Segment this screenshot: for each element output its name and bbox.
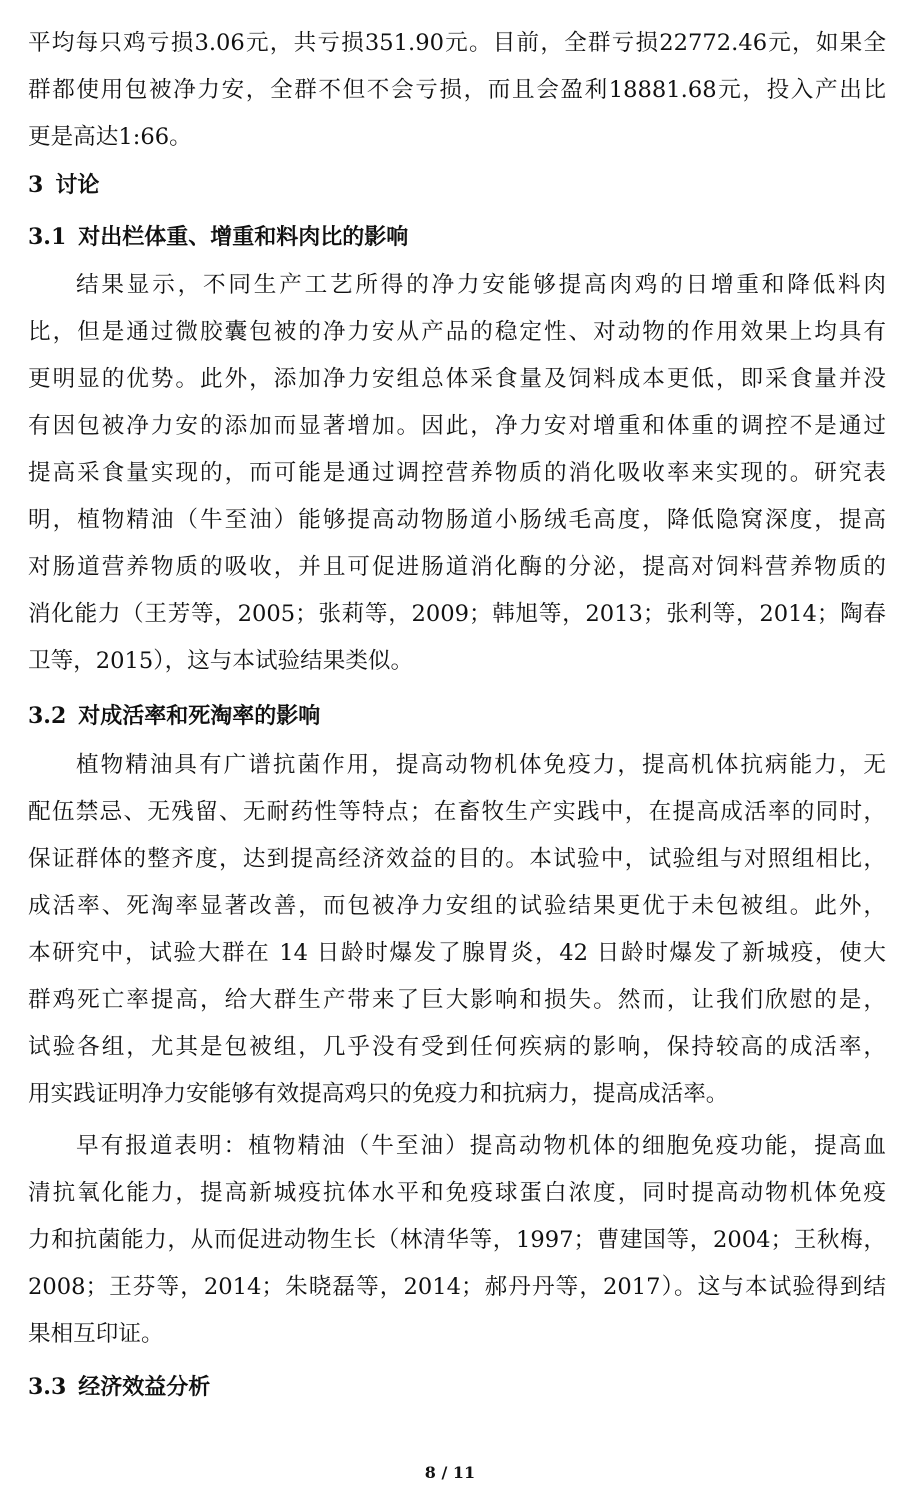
section-heading-3-2: 3.2对成活率和死淘率的影响 <box>28 701 320 731</box>
paragraph-line: 消化能力（王芳等，2005；张莉等，2009；韩旭等，2013；张利等，2014… <box>28 599 886 629</box>
page-indicator: 8 / 11 <box>0 1462 900 1484</box>
paragraph-line: 明，植物精油（牛至油）能够提高动物肠道小肠绒毛高度，降低隐窝深度，提高 <box>28 505 886 535</box>
section-number: 3 <box>28 170 43 200</box>
section-heading-3-3: 3.3经济效益分析 <box>28 1372 210 1402</box>
paragraph-line: 果相互印证。 <box>28 1319 886 1349</box>
section-title: 对成活率和死淘率的影响 <box>78 703 320 729</box>
section-heading-3-1: 3.1对出栏体重、增重和料肉比的影响 <box>28 222 408 252</box>
section-title: 讨论 <box>55 172 99 198</box>
paragraph-line: 力和抗菌能力，从而促进动物生长（林清华等，1997；曹建国等，2004；王秋梅， <box>28 1225 886 1255</box>
section-number: 3.3 <box>28 1372 66 1402</box>
paragraph-line: 本研究中，试验大群在 14 日龄时爆发了腺胃炎，42 日龄时爆发了新城疫，使大 <box>28 938 886 968</box>
section-title: 对出栏体重、增重和料肉比的影响 <box>78 224 408 250</box>
paragraph-line: 试验各组，尤其是包被组，几乎没有受到任何疾病的影响，保持较高的成活率， <box>28 1032 886 1062</box>
paragraph-line: 2008；王芬等，2014；朱晓磊等，2014；郝丹丹等，2017）。这与本试验… <box>28 1272 886 1302</box>
paragraph-line: 更是高达1:66。 <box>28 122 886 152</box>
section-number: 3.2 <box>28 701 66 731</box>
paragraph-line: 配伍禁忌、无残留、无耐药性等特点；在畜牧生产实践中，在提高成活率的同时， <box>28 797 886 827</box>
section-title: 经济效益分析 <box>78 1374 210 1400</box>
paragraph-line: 结果显示，不同生产工艺所得的净力安能够提高肉鸡的日增重和降低料肉 <box>76 270 886 300</box>
paragraph-line: 平均每只鸡亏损3.06元，共亏损351.90元。目前，全群亏损22772.46元… <box>28 28 886 58</box>
paragraph-line: 卫等，2015），这与本试验结果类似。 <box>28 646 886 676</box>
paragraph-line: 有因包被净力安的添加而显著增加。因此，净力安对增重和体重的调控不是通过 <box>28 411 886 441</box>
paragraph-line: 用实践证明净力安能够有效提高鸡只的免疫力和抗病力，提高成活率。 <box>28 1079 886 1109</box>
paragraph-line: 清抗氧化能力，提高新城疫抗体水平和免疫球蛋白浓度，同时提高动物机体免疫 <box>28 1178 886 1208</box>
paragraph-line: 比，但是通过微胶囊包被的净力安从产品的稳定性、对动物的作用效果上均具有 <box>28 317 886 347</box>
paragraph-line: 早有报道表明：植物精油（牛至油）提高动物机体的细胞免疫功能，提高血 <box>76 1131 886 1161</box>
paragraph-line: 提高采食量实现的，而可能是通过调控营养物质的消化吸收率来实现的。研究表 <box>28 458 886 488</box>
paragraph-line: 保证群体的整齐度，达到提高经济效益的目的。本试验中，试验组与对照组相比， <box>28 844 886 874</box>
paragraph-line: 群鸡死亡率提高，给大群生产带来了巨大影响和损失。然而，让我们欣慰的是， <box>28 985 886 1015</box>
paragraph-line: 群都使用包被净力安，全群不但不会亏损，而且会盈利18881.68元，投入产出比 <box>28 75 886 105</box>
document-page: 平均每只鸡亏损3.06元，共亏损351.90元。目前，全群亏损22772.46元… <box>0 0 900 1494</box>
paragraph-line: 更明显的优势。此外，添加净力安组总体采食量及饲料成本更低，即采食量并没 <box>28 364 886 394</box>
paragraph-line: 成活率、死淘率显著改善，而包被净力安组的试验结果更优于未包被组。此外， <box>28 891 886 921</box>
section-heading-3: 3讨论 <box>28 170 99 200</box>
section-number: 3.1 <box>28 222 66 252</box>
paragraph-line: 对肠道营养物质的吸收，并且可促进肠道消化酶的分泌，提高对饲料营养物质的 <box>28 552 886 582</box>
paragraph-line: 植物精油具有广谱抗菌作用，提高动物机体免疫力，提高机体抗病能力，无 <box>76 750 886 780</box>
